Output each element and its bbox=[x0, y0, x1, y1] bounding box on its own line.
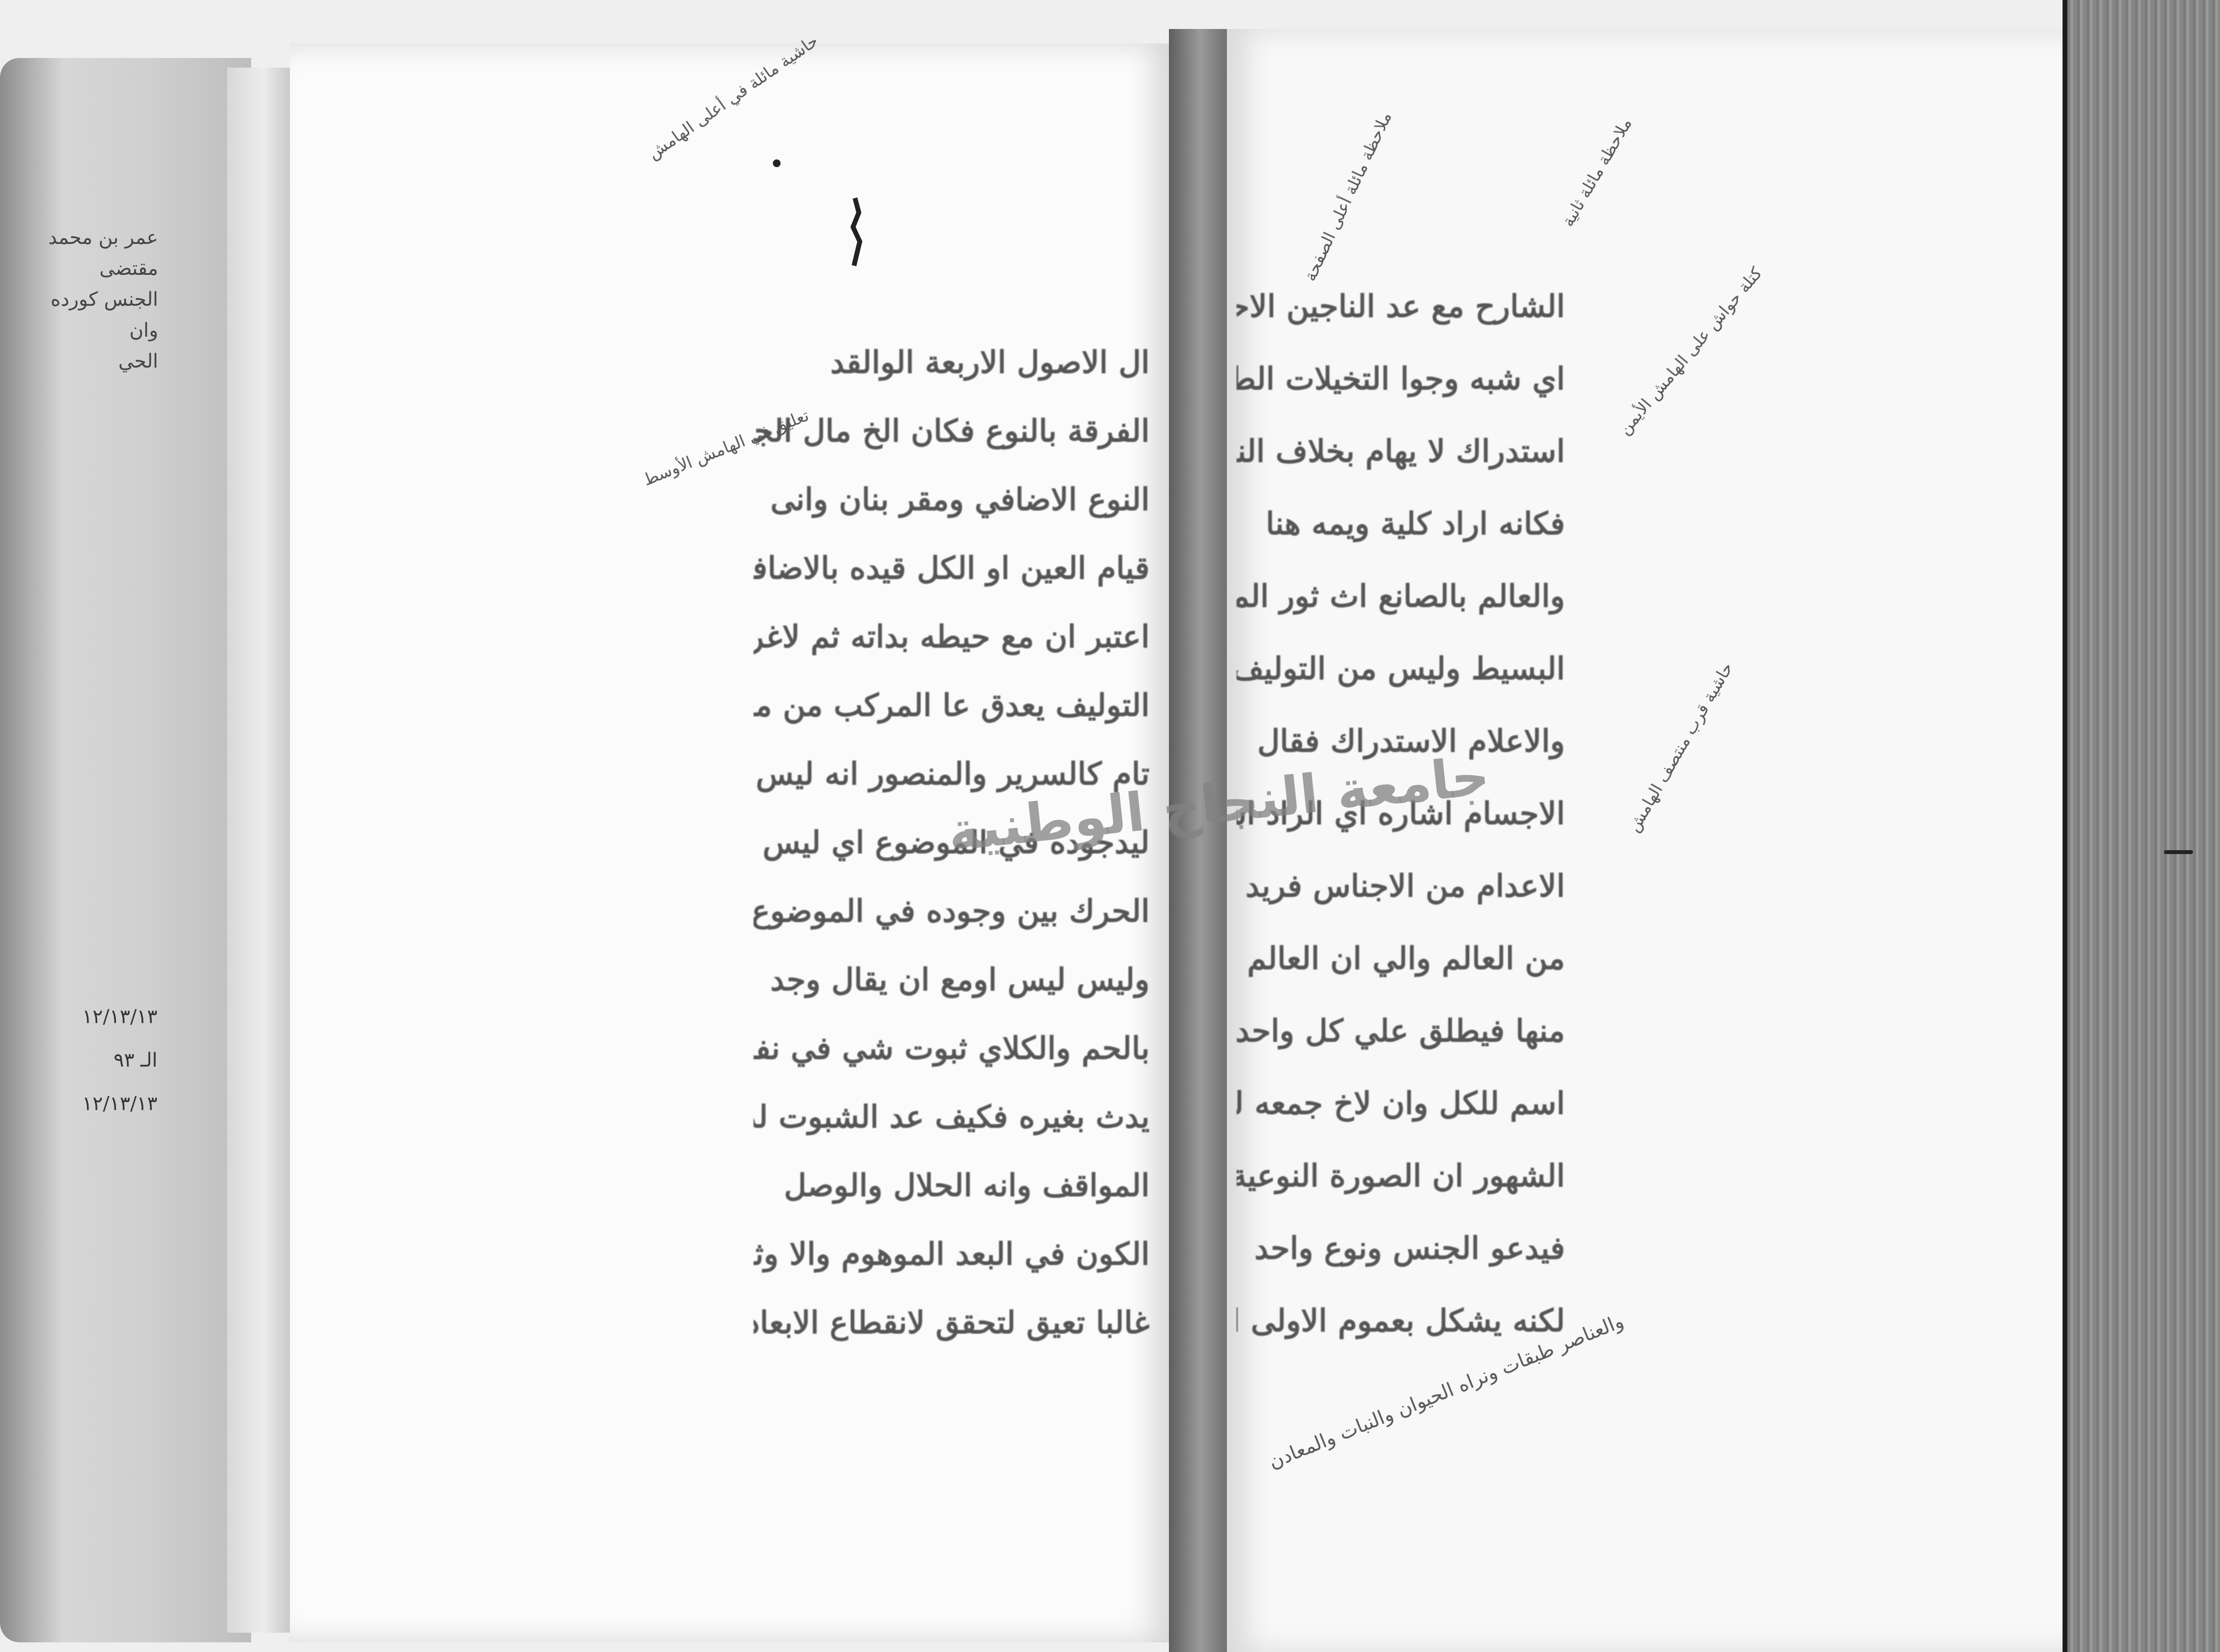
text-line: وليس ليس اومع ان يقال وجد bbox=[754, 946, 1150, 1014]
stamp-number: الـ ٩٣ bbox=[82, 1039, 157, 1082]
text-line: المواقف وانه الحلال والوصل bbox=[754, 1152, 1150, 1220]
fore-edge-note: الحي bbox=[48, 346, 158, 377]
right-book-edge bbox=[2067, 0, 2220, 1652]
text-line: الشهور ان الصورة النوعية bbox=[1237, 1140, 1565, 1212]
text-line: البسيط وليس من التوليف كالسهر bbox=[1237, 633, 1565, 705]
stamp-number: ١٢/١٣/١٣ bbox=[82, 995, 157, 1039]
text-line: لكنه يشكل بعموم الاولى الاصول bbox=[1237, 1285, 1565, 1357]
text-line: والعالم بالصانع اث ثور المدعو bbox=[1237, 560, 1565, 633]
text-line: منها فيطلق علي كل واحد منها bbox=[1237, 995, 1565, 1068]
text-line: الفرقة بالنوع فكان الخ مال الجد bbox=[754, 397, 1150, 466]
ink-blot bbox=[773, 159, 781, 167]
text-line: اعتبر ان مع حيطه بداته ثم لاغرق bbox=[754, 603, 1150, 671]
fore-edge-note: عمر بن محمد bbox=[48, 222, 158, 253]
book-spine bbox=[1169, 29, 1232, 1652]
text-line: يدث بغيره فكيف عد الشبوت لذاتو bbox=[754, 1083, 1150, 1152]
fore-edge-note: الجنس كورده bbox=[48, 284, 158, 315]
text-line: غالبا تعيق لتحقق لانقطاع الابعاد bbox=[754, 1289, 1150, 1357]
text-line: من العالم والي ان العالم اسم لعدد bbox=[1237, 923, 1565, 995]
fore-edge-note: وان bbox=[48, 315, 158, 346]
stamp-number: ١٢/١٣/١٣ bbox=[82, 1082, 157, 1125]
text-line: النوع الاضافي ومقر بنان وانى bbox=[754, 466, 1150, 534]
text-line: ال الاصول الاربعة الوالقد bbox=[754, 328, 1150, 397]
text-line: اي شبه وجوا التخيلات الطاقة bbox=[1237, 343, 1565, 415]
text-line: الاعدام من الاجناس فريد ليس bbox=[1237, 850, 1565, 923]
fore-edge-notes: عمر بن محمد مقتضى الجنس كورده وان الحي bbox=[48, 222, 158, 377]
text-line: الحرك بين وجوده في الموضوع وثباته bbox=[754, 877, 1150, 946]
text-line: التوليف يعدق عا المركب من معين bbox=[754, 671, 1150, 740]
text-line: استدراك لا يهام بخلاف النص bbox=[1237, 415, 1565, 488]
left-page-edge bbox=[227, 68, 299, 1633]
text-line: اسم للكل وان لاخ جمعه لكن bbox=[1237, 1068, 1565, 1140]
stamp-numbers: ١٢/١٣/١٣ الـ ٩٣ ١٢/١٣/١٣ bbox=[82, 995, 157, 1125]
text-line: الشارح مع عد الناجين الاحاسن bbox=[1237, 271, 1565, 343]
text-line: بالحم والكلاي ثبوت شي في نفسه bbox=[754, 1014, 1150, 1083]
fore-edge-note: مقتضى bbox=[48, 253, 158, 284]
text-line: الكون في البعد الموهوم والا وثباتيا bbox=[754, 1220, 1150, 1289]
text-line: قيام العين او الكل قيده بالاضافة bbox=[754, 534, 1150, 603]
ink-mark bbox=[2164, 850, 2193, 854]
text-line: فيدعو الجنس ونوع واحد bbox=[1237, 1212, 1565, 1285]
ink-mark-icon bbox=[840, 193, 869, 271]
text-line: فكانه اراد كلية ويمه هنا bbox=[1237, 488, 1565, 560]
